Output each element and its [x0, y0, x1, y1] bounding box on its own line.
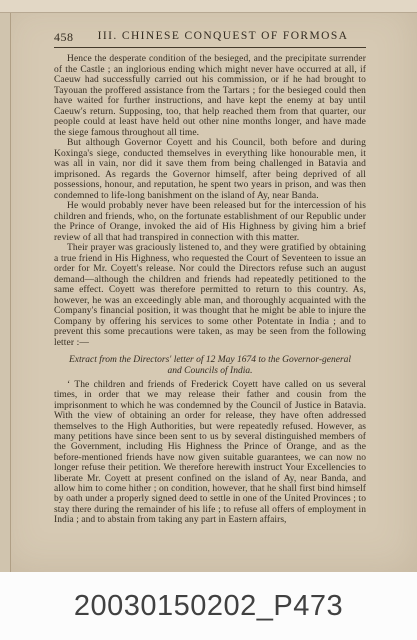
- extract-heading: Extract from the Directors' letter of 12…: [54, 355, 366, 376]
- paragraph: He would probably never have been releas…: [54, 201, 366, 243]
- extract-heading-line2: and Councils of India.: [54, 366, 366, 377]
- scanned-book-screenshot: 458 III. CHINESE CONQUEST OF FORMOSA Hen…: [0, 0, 417, 640]
- page-header: 458 III. CHINESE CONQUEST OF FORMOSA: [54, 30, 366, 45]
- header-rule: [54, 47, 366, 48]
- page-number: 458: [54, 30, 74, 45]
- footer-label-area: 20030150202_P473: [0, 572, 417, 640]
- paragraph: Hence the desperate condition of the bes…: [54, 54, 366, 138]
- extract-heading-line1: Extract from the Directors' letter of 12…: [54, 355, 366, 366]
- page-left-edge: [0, 13, 11, 572]
- letter-extract-text: ‘ The children and friends of Frederick …: [54, 380, 366, 526]
- paragraph: But although Governor Coyett and his Cou…: [54, 138, 366, 201]
- archive-reference-label: 20030150202_P473: [74, 590, 343, 623]
- page-content: 458 III. CHINESE CONQUEST OF FORMOSA Hen…: [54, 30, 366, 526]
- body-text: Hence the desperate condition of the bes…: [54, 54, 366, 348]
- scan-page: 458 III. CHINESE CONQUEST OF FORMOSA Hen…: [0, 0, 417, 572]
- running-title: III. CHINESE CONQUEST OF FORMOSA: [54, 30, 366, 42]
- paragraph: Their prayer was graciously listened to,…: [54, 243, 366, 348]
- page-top-edge: [0, 0, 417, 13]
